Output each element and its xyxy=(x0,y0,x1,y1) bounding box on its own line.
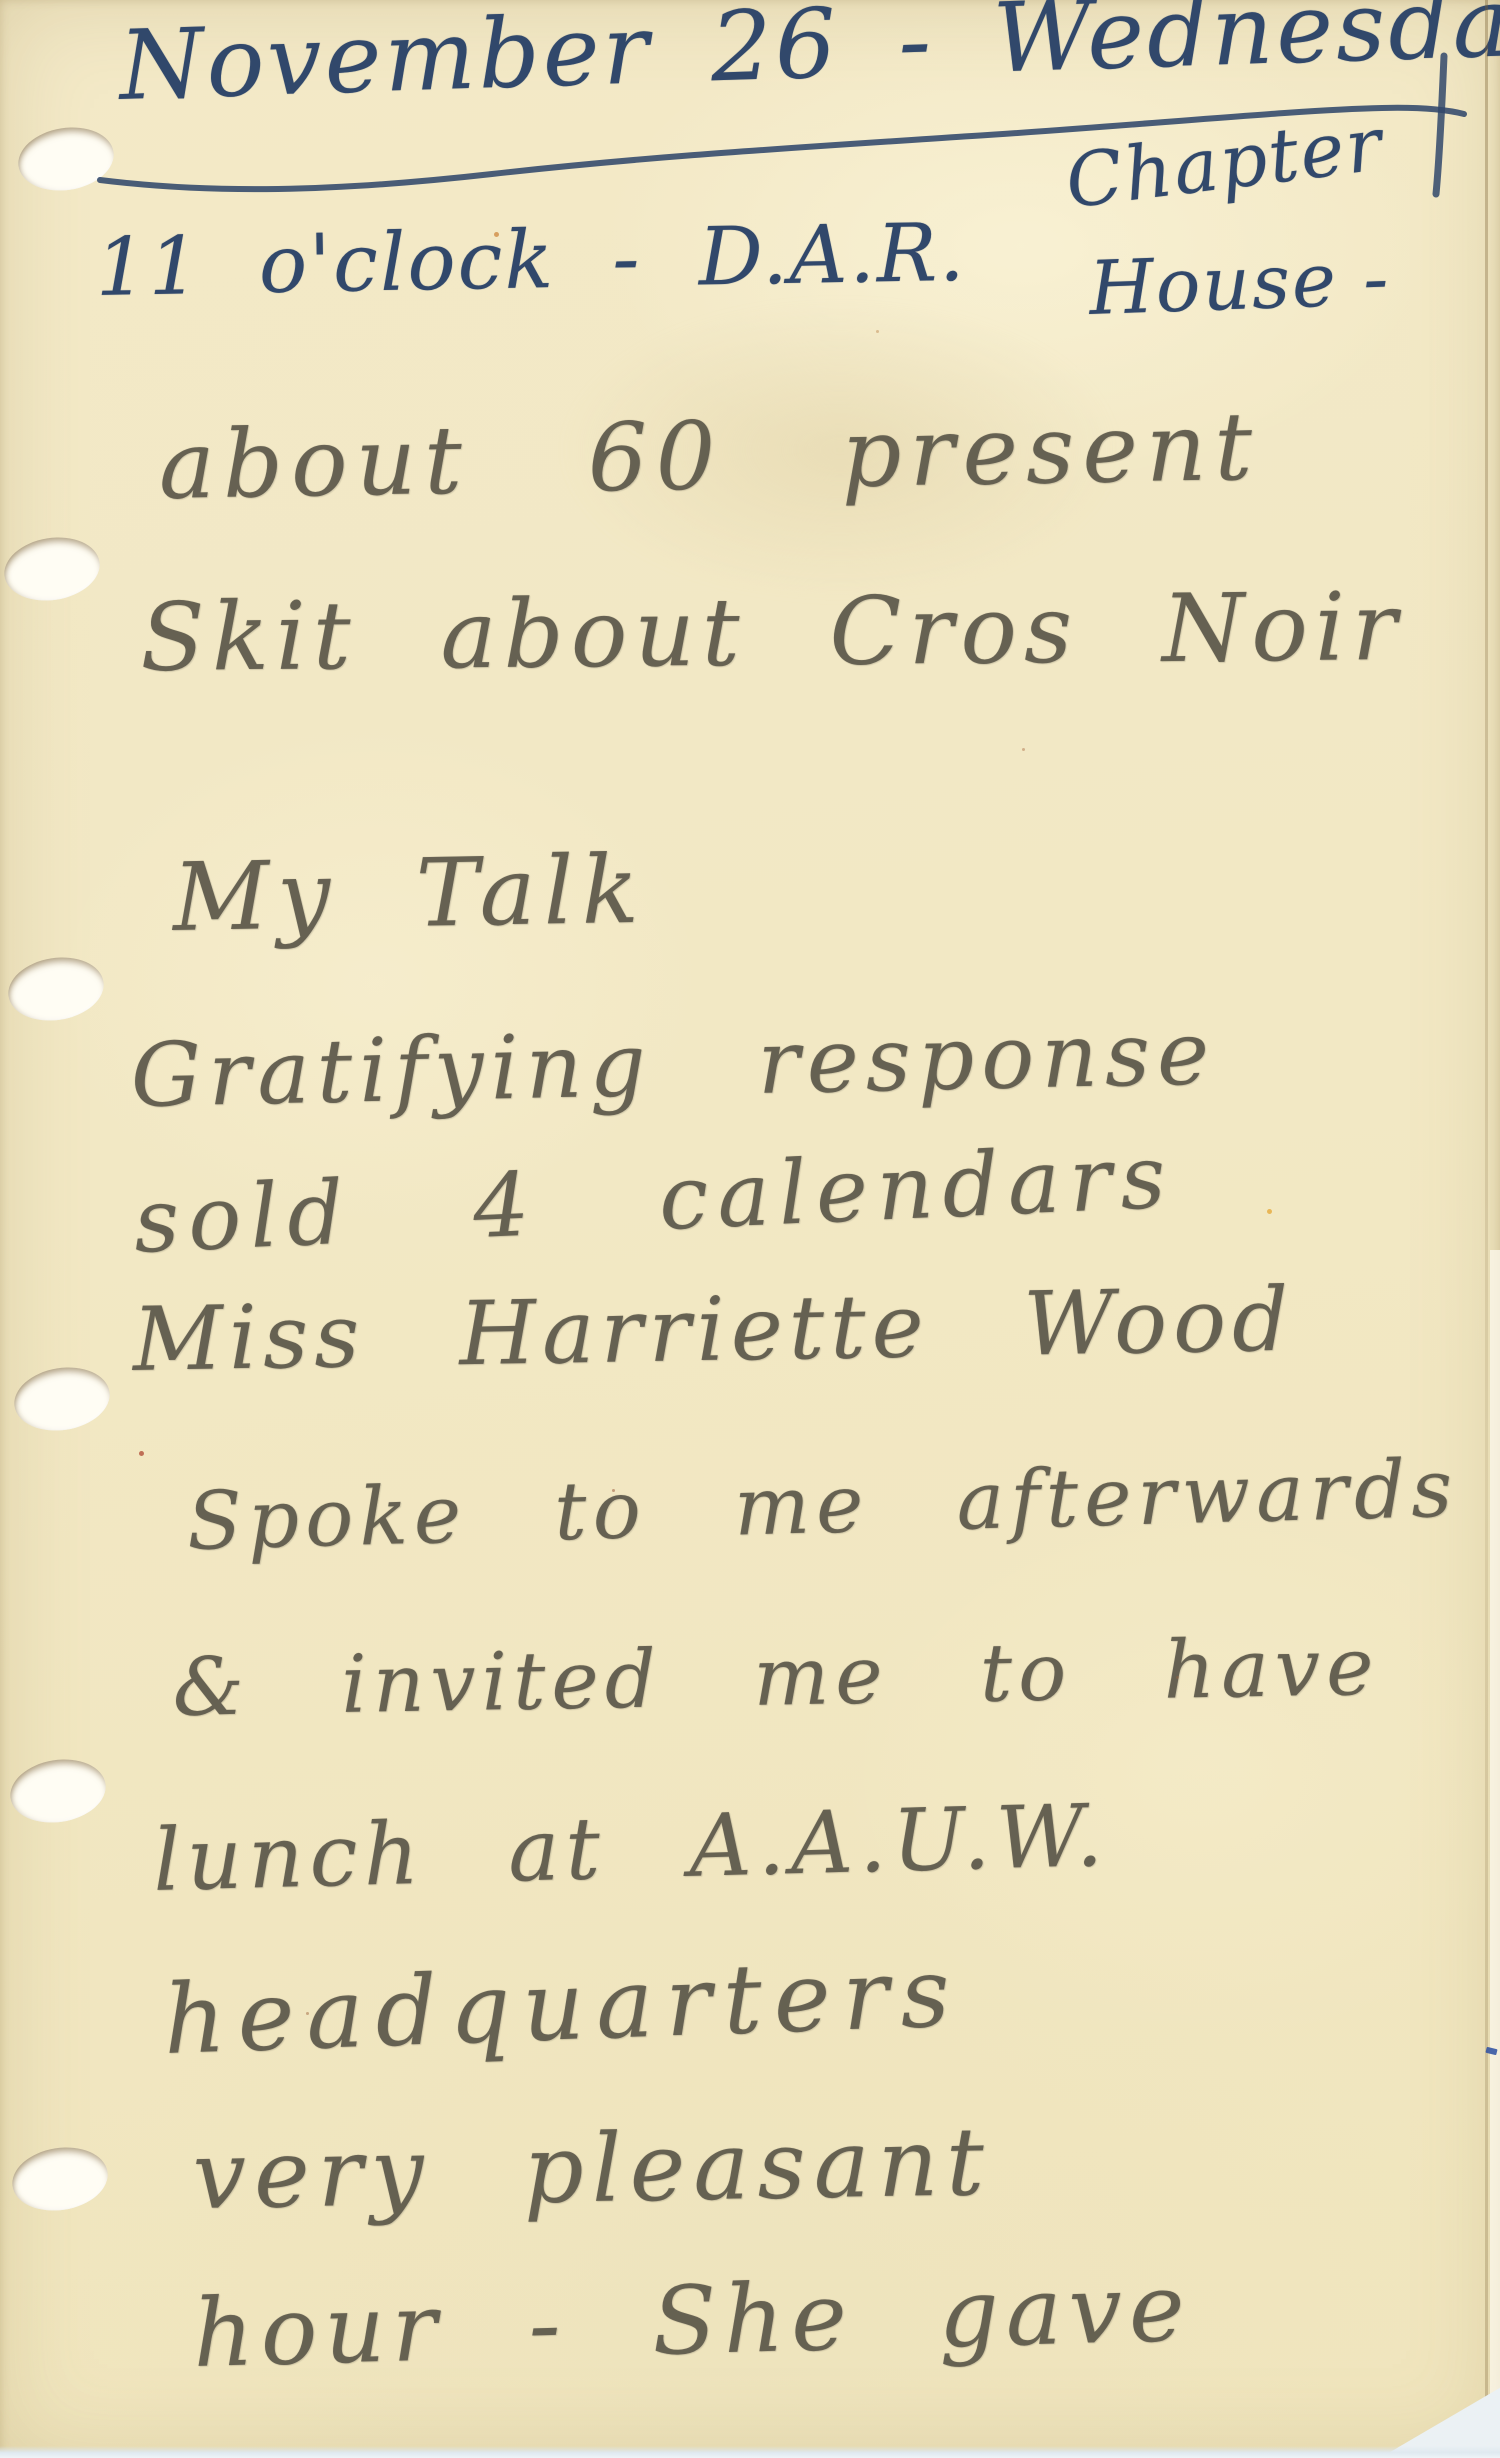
entry-line: lunch at A.A.U.W. xyxy=(152,1793,1110,1904)
diary-page: November 26 - Wednesday 11 o'clock - D.A… xyxy=(0,0,1500,2458)
scanner-edge-strip xyxy=(0,2446,1500,2458)
entry-line: & invited me to have xyxy=(172,1627,1380,1728)
page-edge-light-sliver xyxy=(1490,1250,1500,2458)
punch-hole xyxy=(0,531,104,607)
entry-line: Spoke to me afterwards xyxy=(186,1449,1459,1562)
punch-hole xyxy=(6,1753,111,1829)
entry-line: about 60 present xyxy=(158,401,1261,514)
entry-line: sold 4 calendars xyxy=(132,1133,1176,1266)
time-place-lower-word: House - xyxy=(1088,241,1391,325)
entry-line: Miss Harriette Wood xyxy=(132,1276,1295,1384)
entry-line: Gratifying response xyxy=(130,1009,1217,1120)
entry-line: headquarters xyxy=(162,1944,963,2068)
entry-line: My Talk xyxy=(172,844,647,946)
entry-line: very pleasant xyxy=(192,2116,993,2224)
entry-line: hour - She gave xyxy=(192,2262,1193,2382)
punch-hole xyxy=(10,1361,115,1437)
paper-specks xyxy=(0,0,3,3)
punch-hole xyxy=(4,951,109,1027)
page-edge-crease xyxy=(1485,0,1488,2458)
entry-line: Skit about Cros Noir xyxy=(140,581,1404,686)
punch-hole xyxy=(8,2141,113,2217)
time-place-line: 11 o'clock - D.A.R. xyxy=(95,213,967,308)
